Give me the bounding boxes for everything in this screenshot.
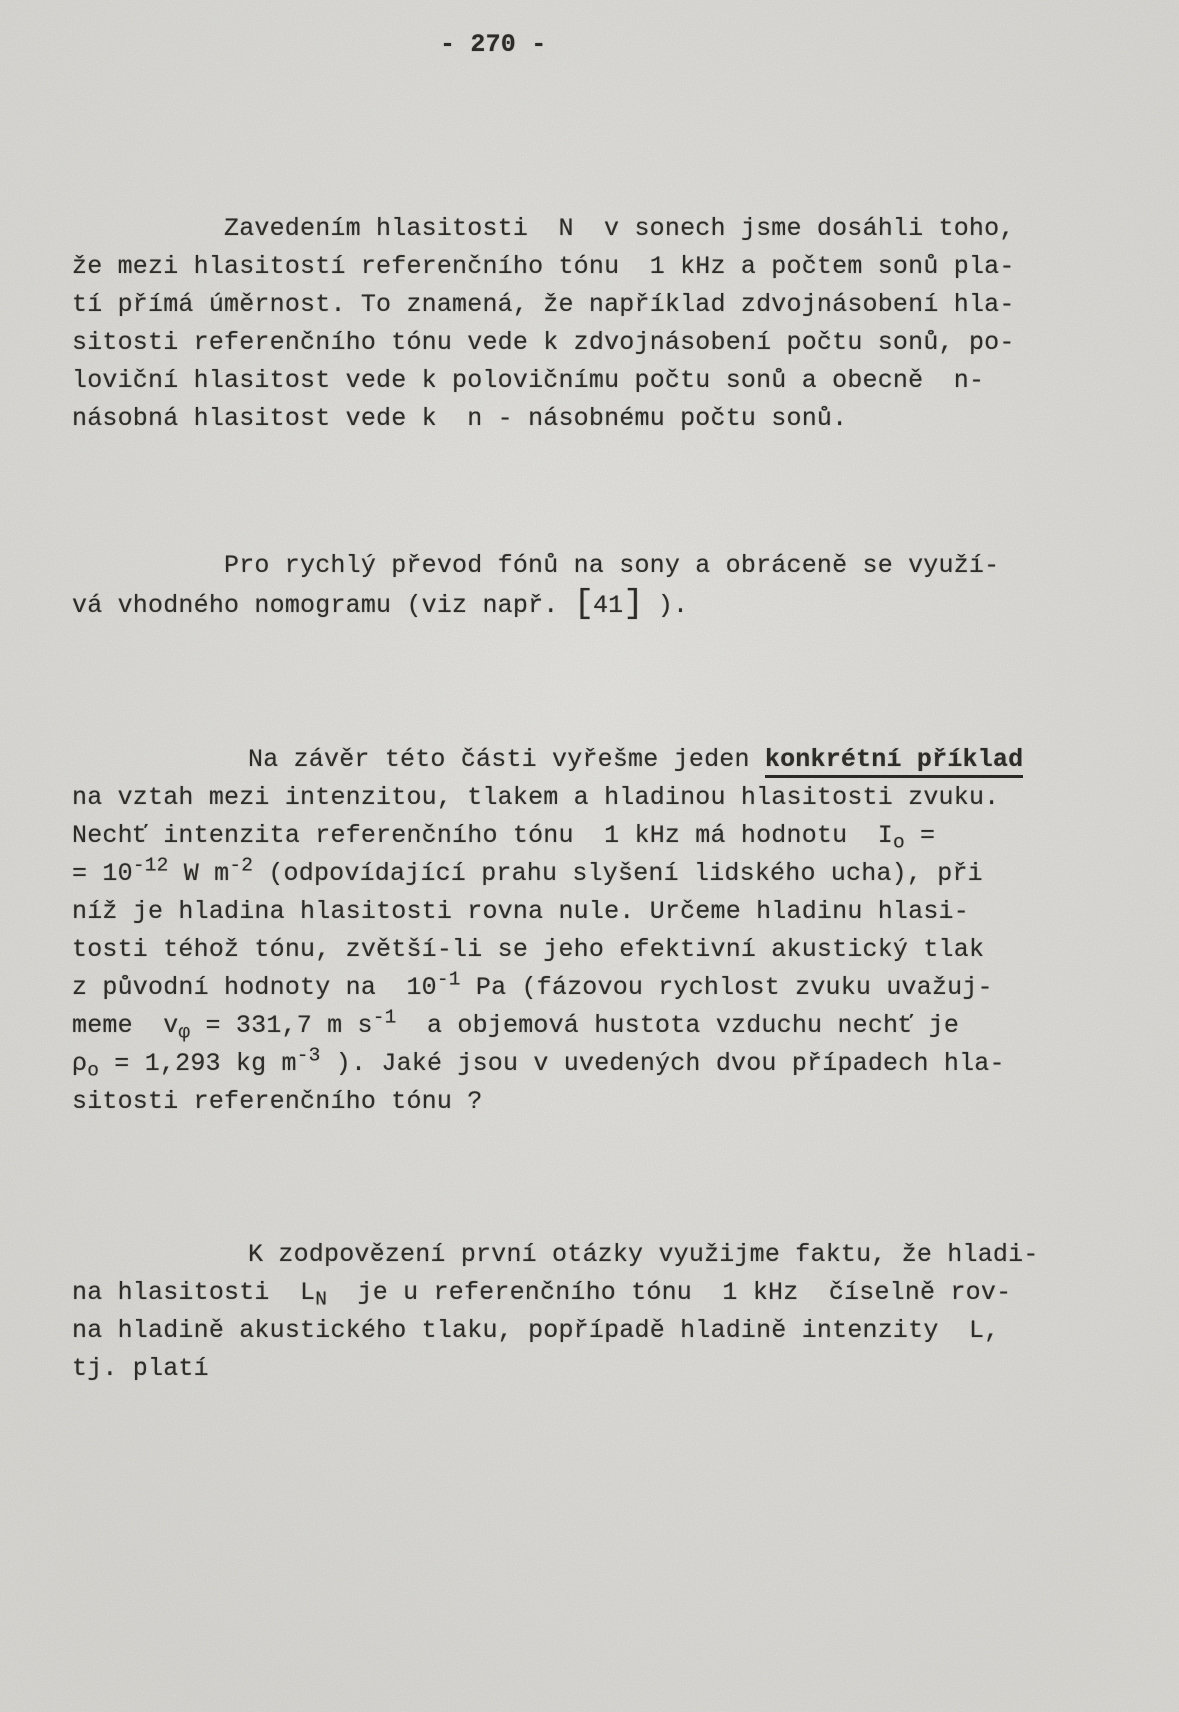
text-segment: ). xyxy=(643,591,689,620)
text-line: níž je hladina hlasitosti rovna nule. Ur… xyxy=(72,893,1062,931)
text-segment: meme v xyxy=(72,1011,178,1040)
bracket-open: [ xyxy=(574,585,593,623)
emphasized-phrase: konkrétní příklad xyxy=(765,745,1023,778)
text-segment: Na závěr této části vyřešme jeden xyxy=(248,745,765,774)
text-segment: W m xyxy=(169,859,230,888)
paragraph-sones-proportionality: Zavedením hlasitosti N v sonech jsme dos… xyxy=(72,210,1062,438)
text-line: že mezi hlasitostí referenčního tónu 1 k… xyxy=(72,248,1062,286)
text-line: = 10-12 W m-2 (odpovídající prahu slyšen… xyxy=(72,855,1062,893)
text-line: Zavedením hlasitosti N v sonech jsme dos… xyxy=(72,210,1062,248)
subscript-phi: φ xyxy=(178,1021,190,1043)
text-segment: = 10 xyxy=(72,859,133,888)
text-segment: = 331,7 m s xyxy=(190,1011,372,1040)
text-segment: z původní hodnoty na 10 xyxy=(72,973,437,1002)
page-number: - 270 - xyxy=(440,26,546,64)
superscript: -2 xyxy=(229,854,253,876)
citation-number: 41 xyxy=(593,591,623,620)
text-segment: Nechť intenzita referenčního tónu 1 kHz … xyxy=(72,821,893,850)
subscript: o xyxy=(87,1059,99,1081)
text-segment: Pa (fázovou rychlost zvuku uvažuj- xyxy=(461,973,993,1002)
text-segment: (odpovídající prahu slyšení lidského uch… xyxy=(253,859,983,888)
text-line: na vztah mezi intenzitou, tlakem a hladi… xyxy=(72,779,1062,817)
paragraph-nomogram: Pro rychlý převod fónů na sony a obrácen… xyxy=(72,547,1062,625)
text-segment: a objemová hustota vzduchu nechť je xyxy=(397,1011,960,1040)
text-line: Na závěr této části vyřešme jeden konkré… xyxy=(72,741,1062,779)
citation-ref-41: [41] xyxy=(574,591,643,620)
text-line: z původní hodnoty na 10-1 Pa (fázovou ry… xyxy=(72,969,1062,1007)
subscript: N xyxy=(315,1288,327,1310)
paragraph-example-problem: Na závěr této části vyřešme jeden konkré… xyxy=(72,741,1062,1121)
bracket-close: ] xyxy=(623,585,642,623)
text-line: K zodpovězení první otázky využijme fakt… xyxy=(72,1236,1062,1274)
text-line: tosti téhož tónu, zvětší-li se jeho efek… xyxy=(72,931,1062,969)
text-line: ρo = 1,293 kg m-3 ). Jaké jsou v uvedený… xyxy=(72,1045,1062,1083)
text-line: na hladině akustického tlaku, popřípadě … xyxy=(72,1312,1062,1350)
text-segment: je u referenčního tónu 1 kHz číselně rov… xyxy=(327,1278,1011,1307)
text-line: na hlasitosti LN je u referenčního tónu … xyxy=(72,1274,1062,1312)
text-line: loviční hlasitost vede k polovičnímu poč… xyxy=(72,362,1062,400)
superscript: -1 xyxy=(373,1006,397,1028)
superscript: -1 xyxy=(437,968,461,990)
text-line: tj. platí xyxy=(72,1350,1062,1388)
document-page: - 270 - Zavedením hlasitosti N v sonech … xyxy=(0,0,1179,1712)
text-line: sitosti referenčního tónu vede k zdvojná… xyxy=(72,324,1062,362)
text-line: Nechť intenzita referenčního tónu 1 kHz … xyxy=(72,817,1062,855)
text-line: sitosti referenčního tónu ? xyxy=(72,1083,1062,1121)
text-segment: = xyxy=(905,821,935,850)
text-line: vá vhodného nomogramu (viz např. [41] ). xyxy=(72,585,1062,625)
text-segment: na hlasitosti L xyxy=(72,1278,315,1307)
rho-symbol: ρ xyxy=(72,1049,87,1078)
superscript: -3 xyxy=(297,1044,321,1066)
text-line: tí přímá úměrnost. To znamená, že napřík… xyxy=(72,286,1062,324)
superscript: -12 xyxy=(133,854,169,876)
text-line: Pro rychlý převod fónů na sony a obrácen… xyxy=(72,547,1062,585)
text-segment: vá vhodného nomogramu (viz např. xyxy=(72,591,574,620)
text-segment: = 1,293 kg m xyxy=(99,1049,297,1078)
paragraph-first-question: K zodpovězení první otázky využijme fakt… xyxy=(72,1236,1062,1388)
text-line: meme vφ = 331,7 m s-1 a objemová hustota… xyxy=(72,1007,1062,1045)
text-line: násobná hlasitost vede k n - násobnému p… xyxy=(72,400,1062,438)
subscript: o xyxy=(893,831,905,853)
text-segment: ). Jaké jsou v uvedených dvou případech … xyxy=(321,1049,1005,1078)
